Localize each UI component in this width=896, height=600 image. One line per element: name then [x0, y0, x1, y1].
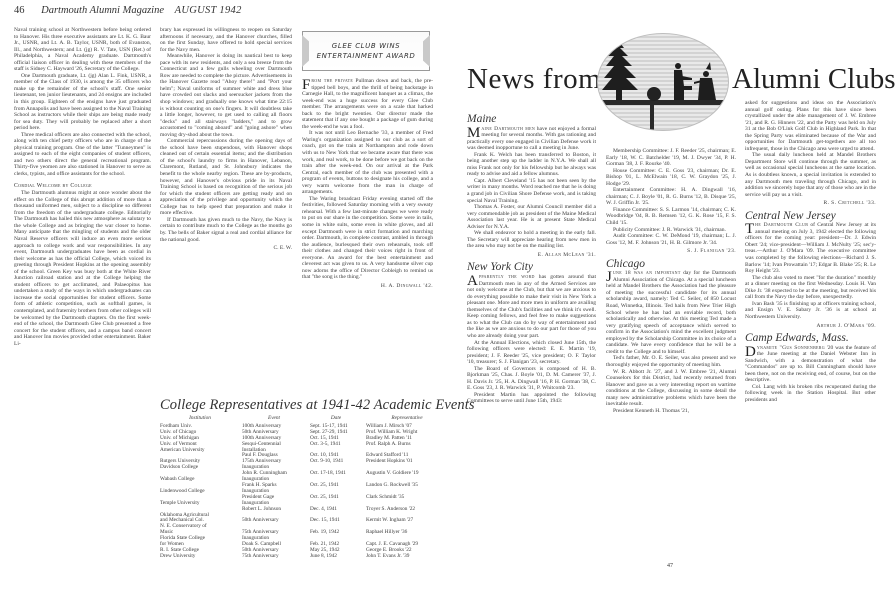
table-row: Drew University75th AnniversaryJune 8, 1… — [160, 554, 450, 560]
lead-in: pparently the word — [479, 274, 535, 280]
paragraph: W. R. Abbott Jr. '27, and J. W. Embree '… — [606, 369, 736, 408]
drop-cap: J — [606, 271, 612, 283]
table-cell: John T. Evans Jr. '39 — [364, 554, 450, 560]
committee-paragraph: Audit Committee: C. W. DeMond '19, chair… — [606, 233, 736, 246]
page-number-left: 46 — [14, 5, 25, 16]
section-heading-maine: Maine — [467, 116, 596, 123]
paragraph: The Waring broadcast Friday evening star… — [302, 196, 433, 281]
table-cell: 75th Anniversary — [240, 554, 308, 560]
section-heading-new-york: New York City — [467, 264, 596, 271]
drop-cap: A — [467, 275, 478, 287]
signature: E. Allan McLean '31. — [467, 252, 596, 259]
paragraph: The Dartmouth alumnus might at once wond… — [14, 190, 151, 347]
paragraph: Ted's father, Mr. O. E. Seiler, was also… — [606, 355, 736, 368]
paragraph-text: day for the Dartmouth Alumni Association… — [606, 270, 736, 355]
paragraph: The Dartmouth Club of Central New Jersey… — [745, 222, 876, 274]
lead-in: rom the private — [311, 78, 353, 84]
paragraph-text: has gotten around that Dartmouth men in … — [467, 274, 596, 339]
signature: Arthur J. O'Mara '09. — [745, 323, 876, 330]
paragraph: Maine Dartmouth men have not enjoyed a f… — [467, 126, 596, 152]
news-from-title: News from — [467, 63, 601, 96]
lead-in: ynamite "Gus Sonnenberg — [757, 345, 825, 351]
section-heading-central-new-jersey: Central New Jersey — [745, 213, 876, 220]
table-cell: June 8, 1942 — [308, 554, 364, 560]
paragraph: brary has expressed its willingness to r… — [160, 27, 292, 53]
paragraph: President Kenneth H. Thomas '21, — [606, 408, 736, 415]
issue-date: AUGUST 1942 — [175, 5, 242, 16]
title-line-1: GLEE CLUB WINS — [303, 41, 429, 51]
paragraph: Commercial repercussions during the open… — [160, 138, 292, 217]
table-cell: Drew University — [160, 554, 240, 560]
paragraph: We shall endeavor to hold a meeting in t… — [467, 230, 596, 250]
paragraph-text: Pullman down and back, the pre-tipped be… — [302, 78, 433, 130]
committee-paragraph: House Committee: C. E. Goss '23, chairma… — [606, 168, 736, 188]
glee-club-article: From the private Pullman down and back, … — [302, 78, 433, 290]
paragraph: From the private Pullman down and back, … — [302, 78, 433, 130]
section-heading-cordial-welcome: Cordial Welcome by College — [14, 183, 151, 190]
reps-table-title: College Representatives at 1941-42 Acade… — [160, 397, 450, 414]
signature: C. E. W. — [160, 245, 292, 252]
paragraph: asked for suggestions and ideas on the A… — [745, 100, 876, 152]
drop-cap: T — [745, 223, 754, 235]
lead-in: une 18 was an important — [613, 270, 681, 276]
page-number-right: 47 — [667, 563, 673, 569]
silhouette-illustration — [598, 34, 729, 131]
paragraph: Thomas A. Foster, our Alumni Council mem… — [467, 204, 596, 230]
committee-paragraph: Membership Committee: J. F. Reeder '25, … — [606, 148, 736, 168]
committee-paragraph: Finance Committee: S. S. Larmon '14, cha… — [606, 207, 736, 227]
paragraph: Meanwhile, Hanover is doing its nautical… — [160, 53, 292, 138]
paragraph: At the Annual Elections, which closed Ju… — [467, 340, 596, 366]
paragraph: One Dartmouth graduate, Lt. (jg) Alan L.… — [14, 73, 151, 132]
glee-club-title: GLEE CLUB WINS ENTERTAINMENT AWARD — [303, 41, 429, 61]
signature: S. J. Flanigan '23. — [606, 248, 736, 255]
paragraph: Three medical officers are also connecte… — [14, 132, 151, 178]
paragraph-text: '20 was the feature of the June meeting … — [745, 345, 876, 384]
title-line-2: ENTERTAINMENT AWARD — [303, 51, 429, 61]
magazine-title: Dartmouth Alumni Magazine — [41, 5, 164, 16]
paragraph: It was not until Leo Bernache '33, a mem… — [302, 130, 433, 195]
paragraph: The usual daily luncheon held at Mandel … — [745, 152, 876, 198]
right-col-1: Maine Maine Dartmouth men have not enjoy… — [467, 110, 596, 405]
paragraph: Frank K. Welch has been transferred to B… — [467, 152, 596, 178]
signature: R. S. Critchell '33. — [745, 200, 876, 207]
table-body: Fordham Univ.100th AnniversarySept. 15-1… — [160, 424, 450, 560]
signature: H. A. Dingwall '42. — [302, 283, 433, 290]
paragraph: Apparently the word has gotten around th… — [467, 274, 596, 339]
paragraph: President Martin has appointed the follo… — [467, 392, 596, 405]
paragraph: Naval training school at Northwestern be… — [14, 27, 151, 73]
paragraph: If Dartmouth has given much to the Navy,… — [160, 217, 292, 243]
drop-cap: F — [302, 79, 310, 91]
committee-paragraph: Entertainment Committee: H. A. Dingwall … — [606, 187, 736, 207]
paragraph: June 18 was an important day for the Dar… — [606, 270, 736, 355]
lead-in: aine Dartmouth men — [481, 126, 535, 132]
college-representatives-table: Institution Event Date Representative Fo… — [160, 416, 450, 560]
alumni-clubs-title: Alumni Clubs — [732, 63, 896, 96]
paragraph: Dynamite "Gus Sonnenberg '20 was the fea… — [745, 345, 876, 384]
paragraph: The Board of Governors is composed of H.… — [467, 366, 596, 392]
right-col-2: Membership Committee: J. F. Reeder '25, … — [606, 148, 736, 414]
running-head: 46 Dartmouth Alumni Magazine AUGUST 1942 — [14, 5, 242, 16]
paragraph: The club also voted to meet "for the dur… — [745, 275, 876, 301]
lead-in: he Dartmouth Club — [755, 222, 808, 228]
pine-tree-emblem-icon — [597, 33, 729, 131]
drop-cap: D — [745, 346, 756, 358]
glee-club-title-box: GLEE CLUB WINS ENTERTAINMENT AWARD — [302, 31, 430, 71]
section-heading-chicago: Chicago — [606, 261, 736, 268]
left-col-2: brary has expressed its willingness to r… — [160, 27, 292, 252]
paragraph-text: of Central New Jersey at its annual meet… — [745, 222, 876, 274]
section-heading-camp-edwards: Camp Edwards, Mass. — [745, 335, 876, 342]
left-col-1: Naval training school at Northwestern be… — [14, 27, 151, 347]
left-page-46: 46 Dartmouth Alumni Magazine AUGUST 1942… — [0, 0, 440, 600]
paragraph: Col. Lang with his broken ribs recuperat… — [745, 384, 876, 404]
paragraph: Capt. Albert Cleveland '15 has not been … — [467, 178, 596, 204]
paragraph: Ivan Bash '35 is finishing up at officer… — [745, 301, 876, 321]
drop-cap: M — [467, 127, 480, 139]
right-col-3: asked for suggestions and ideas on the A… — [745, 100, 876, 404]
